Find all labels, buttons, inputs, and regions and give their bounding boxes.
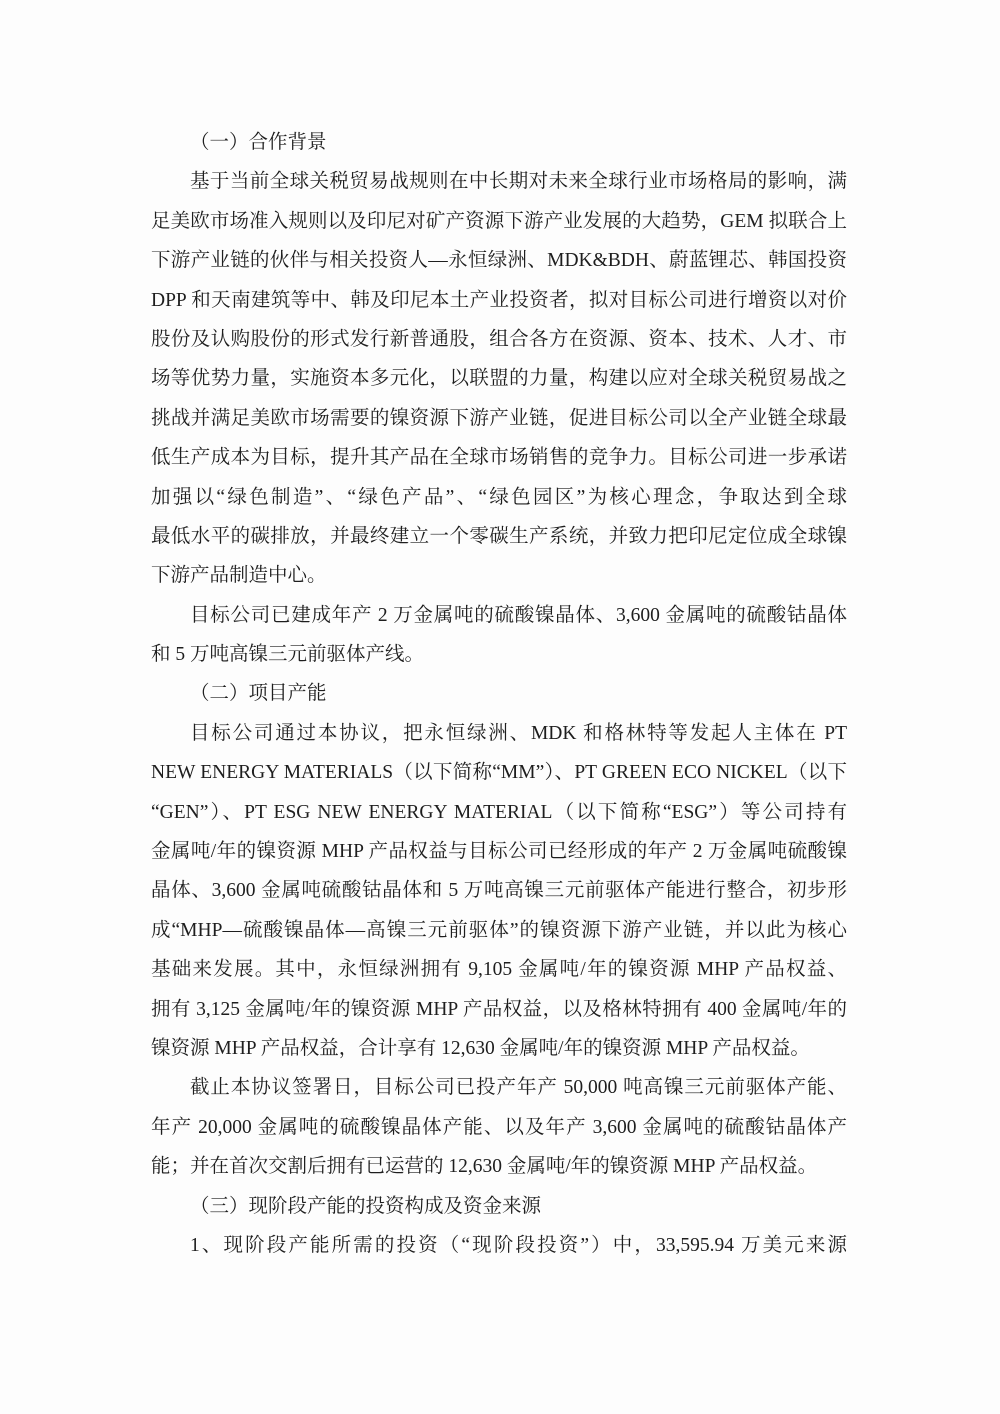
text-line: 和 5 万吨高镍三元前驱体产线。 [151,635,847,674]
text-line: 低生产成本为目标，提升其产品在全球市场销售的竞争力。目标公司进一步承诺 [151,438,847,477]
text-line: 足美欧市场准入规则以及印尼对矿产资源下游产业发展的大趋势，GEM 拟联合上 [151,202,847,241]
text-line: 1、现阶段产能所需的投资（“现阶段投资”）中，33,595.94 万美元来源 [151,1226,847,1265]
section-heading: （二）项目产能 [151,674,847,713]
text-line: 下游产业链的伙伴与相关投资人—永恒绿洲、MDK&BDH、蔚蓝锂芯、韩国投资人、 [151,241,847,280]
text-line: 基于当前全球关税贸易战规则在中长期对未来全球行业市场格局的影响，满 [151,162,847,201]
document-text-column: （一）合作背景 基于当前全球关税贸易战规则在中长期对未来全球行业市场格局的影响，… [151,123,847,1265]
text-line: 金属吨/年的镍资源 MHP 产品权益与目标公司已经形成的年产 2 万金属吨硫酸镍 [151,832,847,871]
section-heading: （一）合作背景 [151,123,847,162]
text-line: NEW ENERGY MATERIALS（以下简称“MM”）、PT GREEN … [151,753,847,792]
text-line: 拥有 3,125 金属吨/年的镍资源 MHP 产品权益，以及格林特拥有 400 … [151,990,847,1029]
text-line: 目标公司已建成年产 2 万金属吨的硫酸镍晶体、3,600 金属吨的硫酸钴晶体 [151,596,847,635]
text-line: 基础来发展。其中，永恒绿洲拥有 9,105 金属吨/年的镍资源 MHP 产品权益… [151,950,847,989]
text-line: 最低水平的碳排放，并最终建立一个零碳生产系统，并致力把印尼定位成全球镍 [151,517,847,556]
text-line: 能；并在首次交割后拥有已运营的 12,630 金属吨/年的镍资源 MHP 产品权… [151,1147,847,1186]
text-line: 截止本协议签署日，目标公司已投产年产 50,000 吨高镍三元前驱体产能、 [151,1068,847,1107]
text-line: 晶体、3,600 金属吨硫酸钴晶体和 5 万吨高镍三元前驱体产能进行整合，初步形 [151,871,847,910]
text-line: “GEN”）、PT ESG NEW ENERGY MATERIAL（以下简称“E… [151,793,847,832]
text-line: 挑战并满足美欧市场需要的镍资源下游产业链，促进目标公司以全产业链全球最 [151,399,847,438]
text-line: 镍资源 MHP 产品权益，合计享有 12,630 金属吨/年的镍资源 MHP 产… [151,1029,847,1068]
text-line: 目标公司通过本协议，把永恒绿洲、MDK 和格林特等发起人主体在 PT MEIMI… [151,714,847,753]
text-line: 下游产品制造中心。 [151,556,847,595]
text-line: 成“MHP—硫酸镍晶体—高镍三元前驱体”的镍资源下游产业链，并以此为核心 [151,911,847,950]
text-line: 股份及认购股份的形式发行新普通股，组合各方在资源、资本、技术、人才、市 [151,320,847,359]
text-line: 加强以“绿色制造”、“绿色产品”、“绿色园区”为核心理念，争取达到全球 [151,478,847,517]
document-page: （一）合作背景 基于当前全球关税贸易战规则在中长期对未来全球行业市场格局的影响，… [0,0,1000,1414]
text-line: DPP 和天南建筑等中、韩及印尼本土产业投资者，拟对目标公司进行增资以对价 [151,281,847,320]
section-heading: （三）现阶段产能的投资构成及资金来源 [151,1187,847,1226]
text-line: 年产 20,000 金属吨的硫酸镍晶体产能、以及年产 3,600 金属吨的硫酸钴… [151,1108,847,1147]
text-line: 场等优势力量，实施资本多元化，以联盟的力量，构建以应对全球关税贸易战之 [151,359,847,398]
